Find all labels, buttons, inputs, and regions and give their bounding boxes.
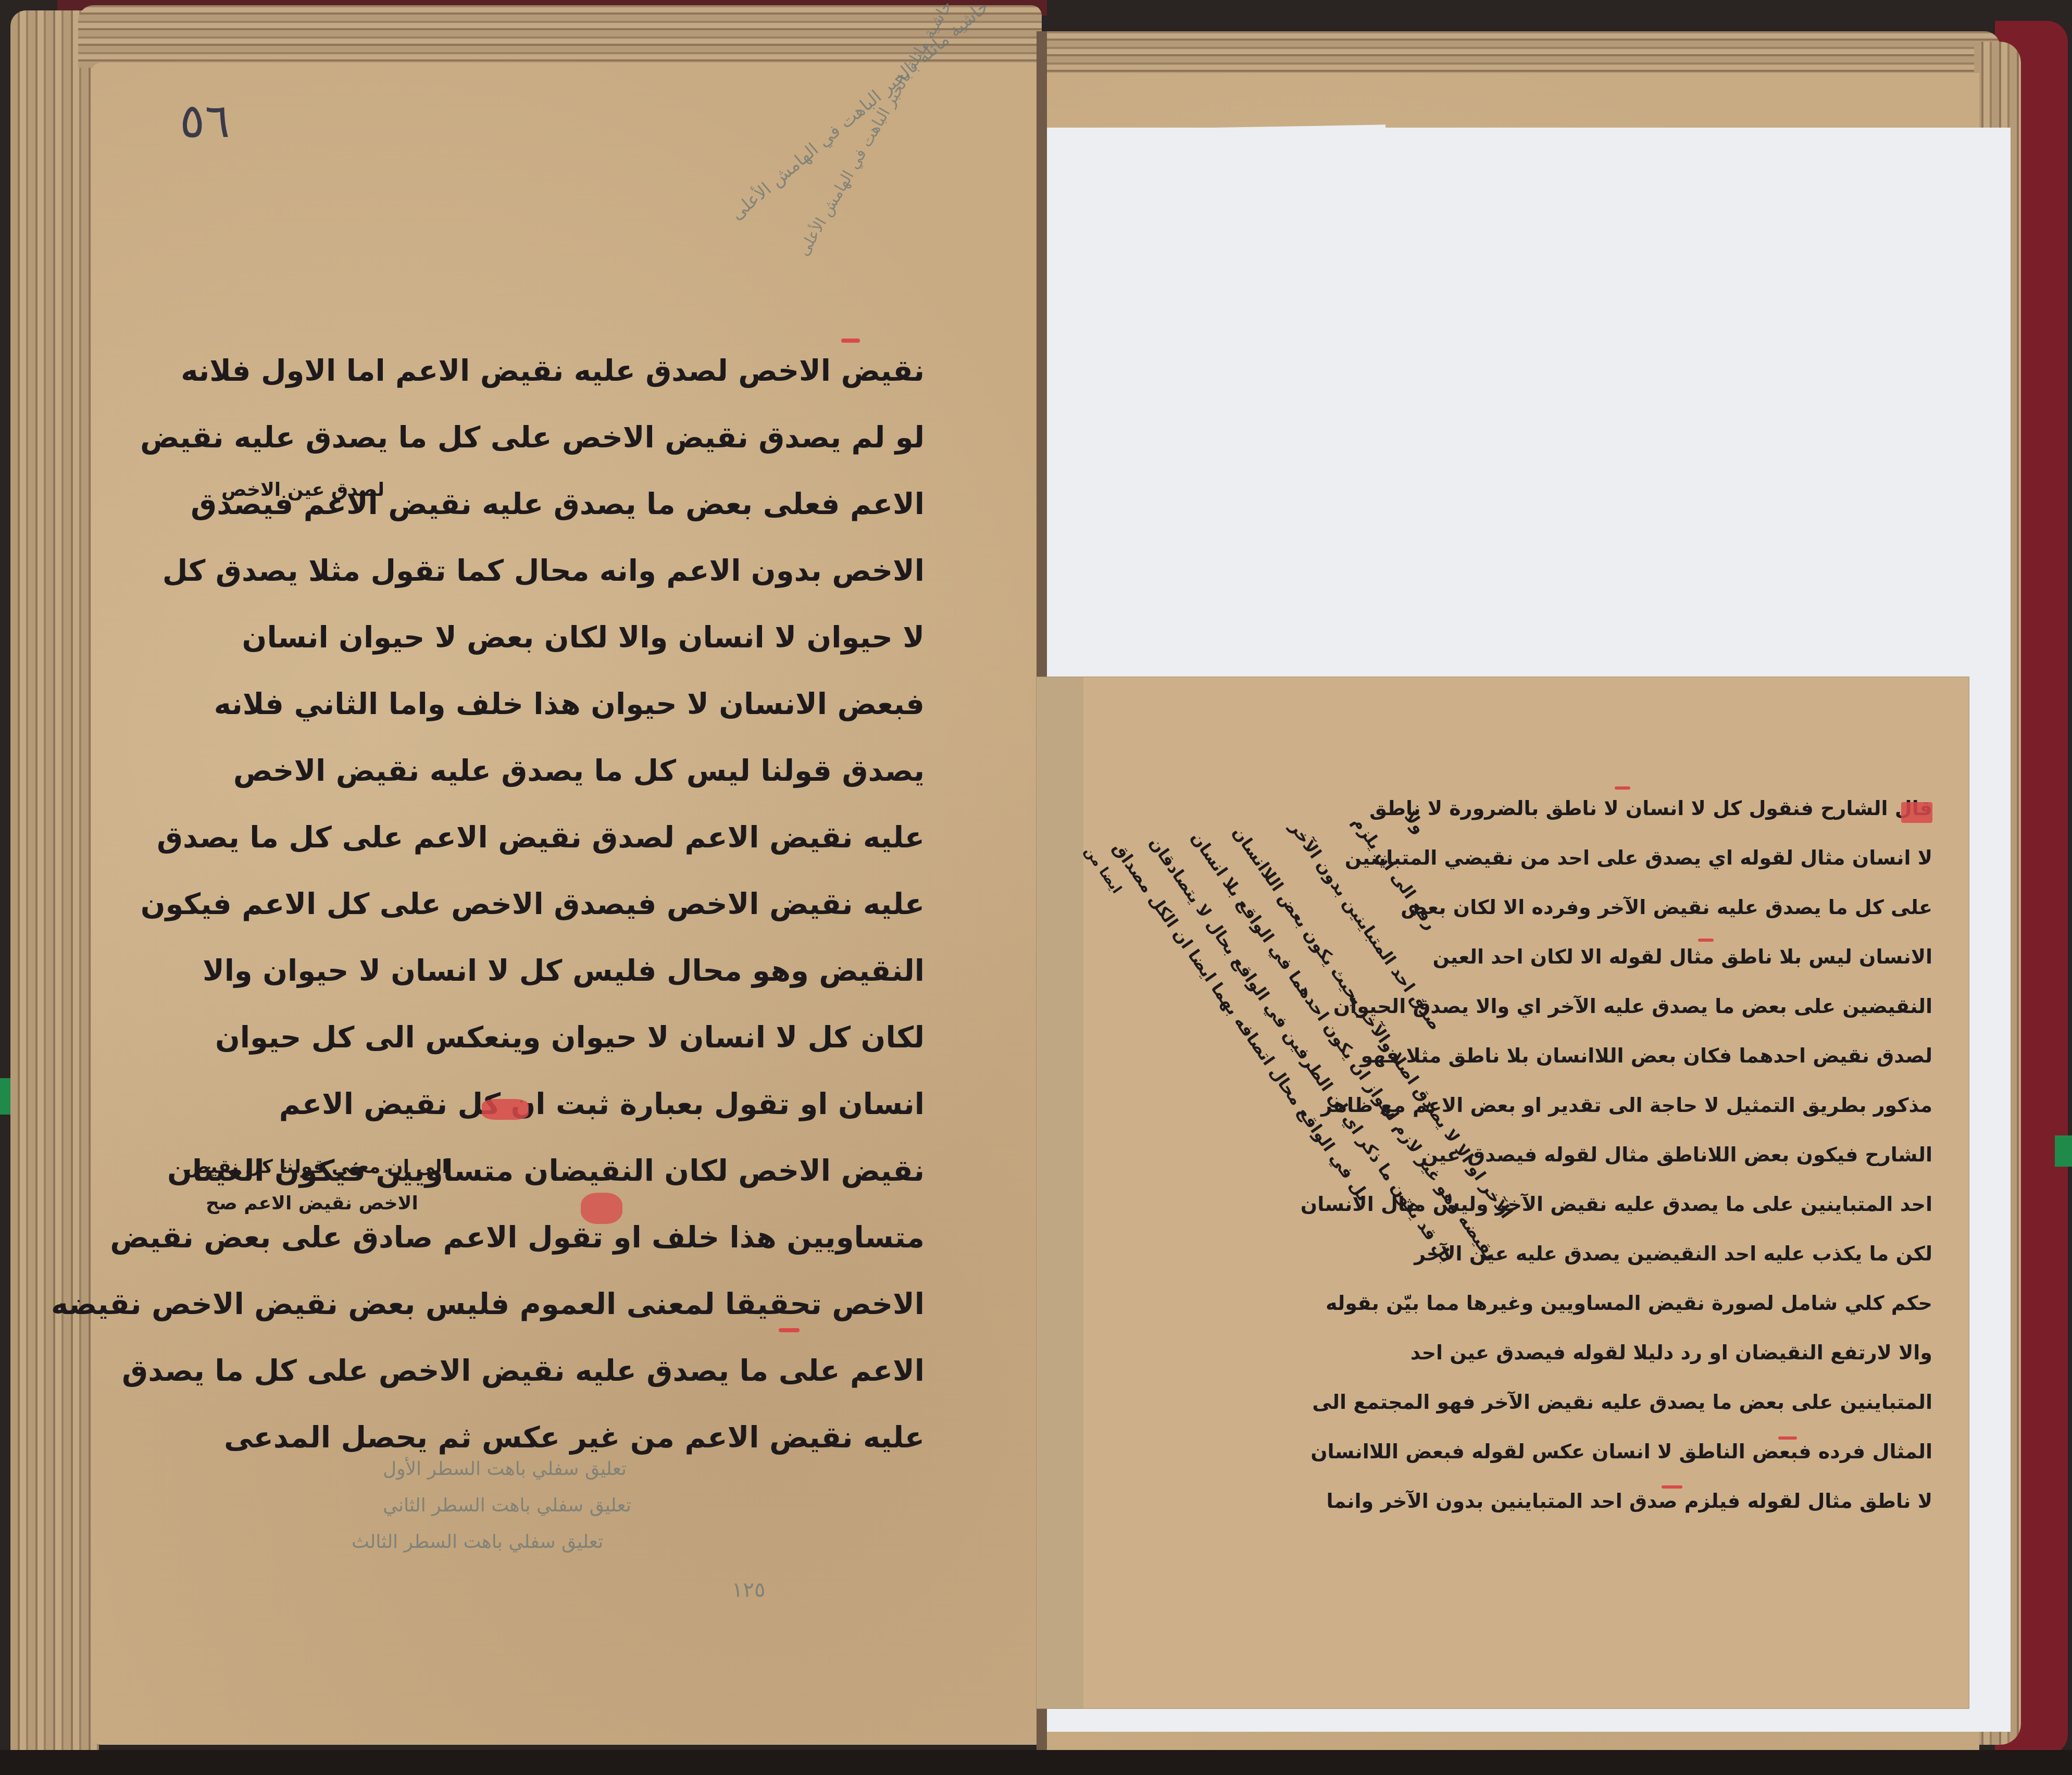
text-line: حكم كلي شامل لصورة نقيض المساويين وغيرها… [1326,1292,1932,1315]
rubric-overline [1778,1436,1797,1440]
text-line: المتباينين على بعض ما يصدق عليه نقيض الآ… [1312,1391,1932,1414]
text-line: متساويين هذا خلف او تقول الاعم صادق على … [110,1221,925,1255]
text-line: الاخص بدون الاعم وانه محال كما تقول مثلا… [163,554,925,588]
rubric-overline [482,1099,529,1120]
text-line: فبعض الانسان لا حيوان هذا خلف واما الثان… [214,687,925,721]
text-line: النقيض وهو محال فليس كل لا انسان لا حيوا… [203,954,925,988]
slip-main-text: قال الشارح فنقول كل لا انسان لا ناطق بال… [1464,797,1932,1578]
rubric-overline [581,1193,622,1224]
text-line: الاعم على ما يصدق عليه نقيض الاخص على كل… [122,1354,925,1388]
rubric-overline [1698,939,1714,942]
text-line: نقيض الاخص لصدق عليه نقيض الاعم اما الاو… [181,354,925,388]
text-line: الاخص تحقيقا لمعنى العموم فليس بعض نقيض … [51,1287,925,1321]
text-line: يصدق قولنا ليس كل ما يصدق عليه نقيض الاخ… [233,754,925,788]
left-page-fore-edge [10,10,99,1766]
text-line: لا ناطق مثال لقوله فيلزم صدق احد المتباي… [1327,1490,1932,1512]
right-page-top-edge [1047,31,2000,78]
text-line: لا حيوان لا انسان والا لكان بعض لا حيوان… [242,621,925,655]
book-bottom-edge [0,1750,2072,1775]
text-line: والا لارتفع النقيضان او رد دليلا لقوله ف… [1411,1341,1932,1364]
margin-note: لصدق عين الاخص [221,479,384,501]
faint-gloss-bottom: تعليق سفلي باهت السطر الثالث [352,1531,603,1553]
diagonal-line: ولا [1401,807,1430,838]
rubric-overline [1662,1485,1682,1489]
slip-diagonal-commentary: ولا رفع الى ان يلزم صدق احد المتباينين ب… [1094,807,1458,1172]
faint-gloss-bottom: تعليق سفلي باهت السطر الأول [383,1458,627,1480]
text-line: الشارح فيكون بعض اللاناطق مثال لقوله فيص… [1421,1143,1932,1166]
green-tab-right [2055,1135,2072,1167]
text-line: عليه نقيض الاخص فيصدق الاخص على كل الاعم… [141,888,925,921]
text-line: عليه نقيض الاعم لصدق نقيض الاعم على كل م… [157,821,925,855]
text-line: عليه نقيض الاعم من غير عكس ثم يحصل المدع… [224,1421,925,1455]
rubric-overline [841,339,860,343]
text-line: انسان او تقول بعبارة ثبت ان كل نقيض الاع… [279,1087,925,1121]
faint-gloss-bottom: تعليق سفلي باهت السطر الثاني [383,1495,631,1516]
folio-number: ٥٦ [180,94,230,148]
left-page-top-edge [78,5,1042,68]
left-page: ٥٦ حاشية مائلة بالحبر الباهت في الهامش ا… [91,63,1042,1745]
rubric-qala [1901,802,1932,823]
rubric-overline [779,1328,800,1332]
main-text-block: نقيض الاخص لصدق عليه نقيض الاعم اما الاو… [383,354,925,1490]
rubric-overline [1615,786,1630,790]
text-line: لو لم يصدق نقيض الاخص على كل ما يصدق علي… [140,421,925,455]
text-line: المثال فرده فبعض الناطق لا انسان عكس لقو… [1310,1440,1932,1463]
text-line: لكان كل لا انسان لا حيوان وينعكس الى كل … [215,1021,925,1055]
slip-fold-strip [1037,677,1083,1708]
margin-note: الاخص نقيض الاعم صح [206,1193,418,1214]
pasted-manuscript-slip: قال الشارح فنقول كل لا انسان لا ناطق بال… [1037,677,1969,1708]
margin-note: الى ان معنى قولنا كل نقيض [185,1156,448,1178]
faint-gloss-number: ١٢٥ [732,1578,765,1602]
text-line: الانسان ليس بلا ناطق مثال لقوله الا لكان… [1433,945,1932,968]
text-line: على كل ما يصدق عليه نقيض الآخر وفرده الا… [1401,896,1932,919]
